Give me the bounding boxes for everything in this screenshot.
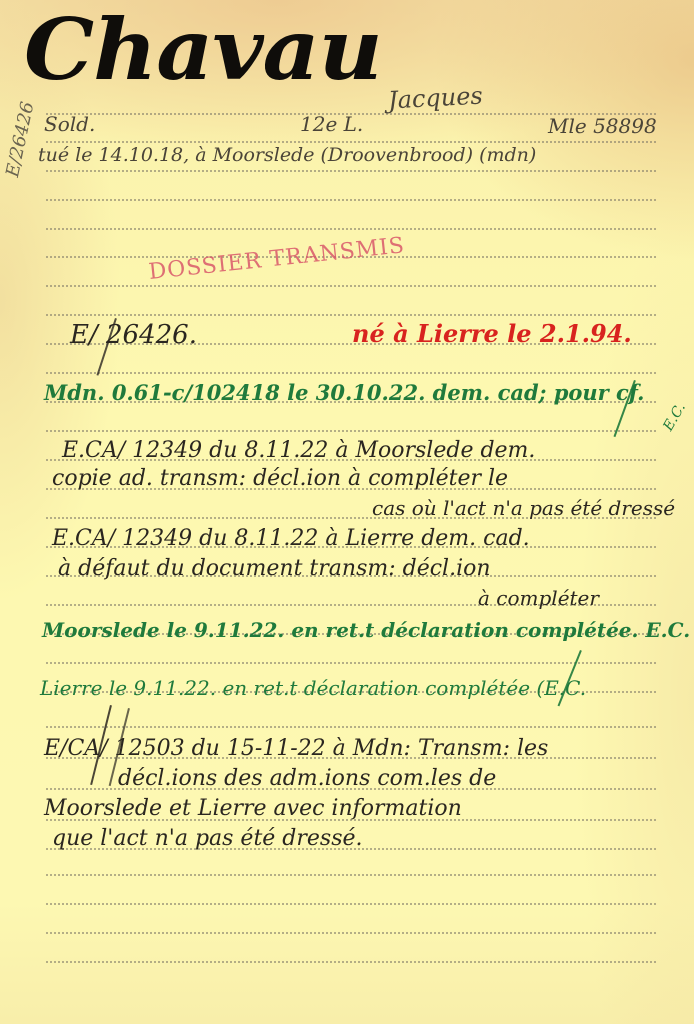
dotted-rule bbox=[46, 932, 656, 934]
dotted-rule bbox=[46, 170, 656, 172]
entry-mdn-line-2: E.C. bbox=[661, 401, 688, 433]
given-name: Jacques bbox=[387, 84, 483, 113]
entry-eca-lierre-line-1: E.CA/ 12349 du 8.11.22 à Lierre dem. cad… bbox=[52, 528, 530, 550]
dotted-rule bbox=[46, 903, 656, 905]
dotted-rule bbox=[46, 726, 656, 728]
dotted-rule bbox=[46, 430, 656, 432]
matricule: Mle 58898 bbox=[548, 116, 657, 136]
dotted-rule bbox=[46, 662, 656, 664]
entry-lierre-reply: Lierre le 9.11.22. en ret.t déclaration … bbox=[40, 678, 586, 698]
margin-reference: E/26426 bbox=[4, 100, 38, 179]
entry-eca-12503-line-2: décl.ions des adm.ions com.les de bbox=[118, 768, 496, 790]
dotted-rule bbox=[46, 228, 656, 230]
dotted-rule bbox=[46, 874, 656, 876]
dossier-transmis-stamp: DOSSIER TRANSMIS bbox=[148, 235, 406, 284]
dotted-rule bbox=[46, 961, 656, 963]
birth-note: né à Lierre le 2.1.94. bbox=[352, 322, 632, 346]
death-line: tué le 14.10.18, à Moorslede (Droovenbro… bbox=[38, 146, 536, 165]
entry-eca-moorslede-line-2: copie ad. transm: décl.ion à compléter l… bbox=[52, 468, 508, 490]
entry-eca-lierre-line-3: à compléter bbox=[478, 588, 599, 608]
archival-index-card: E/26426 Chavau Jacques Sold. 12e L. Mle … bbox=[0, 0, 694, 1024]
entry-eca-moorslede-line-1: E.CA/ 12349 du 8.11.22 à Moorslede dem. bbox=[62, 440, 535, 462]
dotted-rule bbox=[46, 314, 656, 316]
dotted-rule bbox=[46, 285, 656, 287]
file-reference: E/ 26426. bbox=[70, 322, 197, 348]
entry-mdn-line-1: Mdn. 0.61-c/102418 le 30.10.22. dem. cad… bbox=[44, 382, 644, 403]
entry-eca-moorslede-line-3: cas où l'act n'a pas été dressé bbox=[372, 498, 675, 518]
entry-moorslede-reply: Moorslede le 9.11.22. en ret.t déclarati… bbox=[42, 620, 690, 640]
entry-eca-lierre-line-2: à défaut du document transm: décl.ion bbox=[58, 558, 491, 580]
dotted-rule bbox=[46, 141, 656, 143]
dotted-rule bbox=[46, 199, 656, 201]
entry-eca-12503-line-4: que l'act n'a pas été dressé. bbox=[52, 828, 363, 850]
dotted-rule bbox=[46, 372, 656, 374]
entry-eca-12503-line-3: Moorslede et Lierre avec information bbox=[44, 798, 462, 820]
unit: 12e L. bbox=[300, 114, 363, 134]
surname: Chavau bbox=[24, 8, 382, 92]
rank: Sold. bbox=[44, 114, 95, 134]
